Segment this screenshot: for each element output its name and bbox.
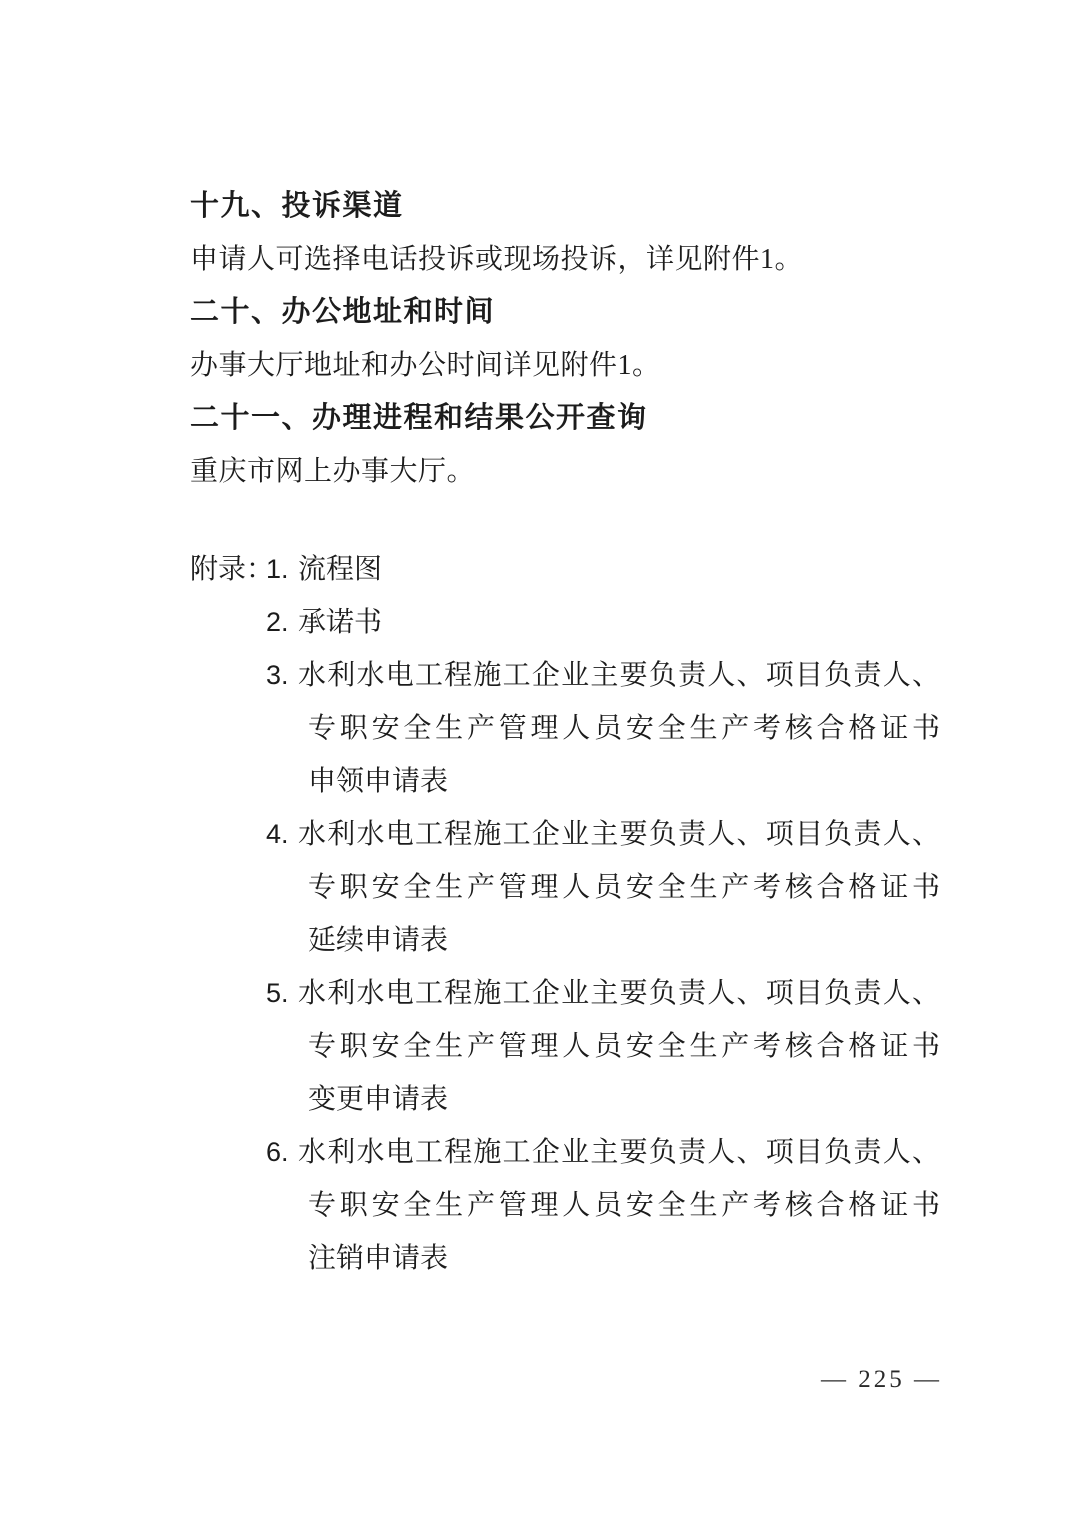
appendix-item-line: 专职安全生产管理人员安全生产考核合格证书 bbox=[308, 861, 940, 914]
appendix-item-number: 4. bbox=[266, 808, 289, 861]
appendix-item: 5. 水利水电工程施工企业主要负责人、项目负责人、 专职安全生产管理人员安全生产… bbox=[190, 967, 940, 1126]
body-paragraph: 重庆市网上办事大厅。 bbox=[190, 445, 940, 498]
appendix-item-line: 水利水电工程施工企业主要负责人、项目负责人、 bbox=[298, 1126, 940, 1179]
body-paragraph: 申请人可选择电话投诉或现场投诉，详见附件1。 bbox=[190, 233, 940, 286]
appendix-item-line: 变更申请表 bbox=[308, 1073, 940, 1126]
appendix-section: 附录： 1. 流程图 2. 承诺书 3. 水利水电工程施工企业主要负责人、项目负… bbox=[190, 543, 940, 1285]
appendix-item: 附录： 1. 流程图 bbox=[190, 543, 940, 596]
appendix-item-line: 流程图 bbox=[298, 543, 940, 596]
appendix-item-line: 水利水电工程施工企业主要负责人、项目负责人、 bbox=[298, 649, 940, 702]
appendix-item-number: 6. bbox=[266, 1126, 289, 1179]
appendix-item-line: 专职安全生产管理人员安全生产考核合格证书 bbox=[308, 702, 940, 755]
appendix-item: 2. 承诺书 bbox=[190, 596, 940, 649]
appendix-item-number: 1. bbox=[266, 543, 289, 596]
appendix-label: 附录： bbox=[190, 543, 274, 596]
appendix-item-line: 注销申请表 bbox=[308, 1232, 940, 1285]
document-page: 十九、投诉渠道 申请人可选择电话投诉或现场投诉，详见附件1。 二十、办公地址和时… bbox=[0, 0, 1075, 1519]
appendix-item-line: 水利水电工程施工企业主要负责人、项目负责人、 bbox=[298, 967, 940, 1020]
section-heading: 二十一、办理进程和结果公开查询 bbox=[190, 392, 940, 445]
body-paragraph: 办事大厅地址和办公时间详见附件1。 bbox=[190, 339, 940, 392]
appendix-item-line: 延续申请表 bbox=[308, 914, 940, 967]
appendix-item: 6. 水利水电工程施工企业主要负责人、项目负责人、 专职安全生产管理人员安全生产… bbox=[190, 1126, 940, 1285]
section-heading: 二十、办公地址和时间 bbox=[190, 286, 940, 339]
page-number: — 225 — bbox=[821, 1360, 942, 1400]
appendix-item-number: 2. bbox=[266, 596, 289, 649]
page-content: 十九、投诉渠道 申请人可选择电话投诉或现场投诉，详见附件1。 二十、办公地址和时… bbox=[190, 180, 940, 1285]
appendix-item-line: 水利水电工程施工企业主要负责人、项目负责人、 bbox=[298, 808, 940, 861]
appendix-item-number: 3. bbox=[266, 649, 289, 702]
section-heading: 十九、投诉渠道 bbox=[190, 180, 940, 233]
appendix-item: 3. 水利水电工程施工企业主要负责人、项目负责人、 专职安全生产管理人员安全生产… bbox=[190, 649, 940, 808]
appendix-item-line: 专职安全生产管理人员安全生产考核合格证书 bbox=[308, 1020, 940, 1073]
appendix-item-line: 申领申请表 bbox=[308, 755, 940, 808]
appendix-item-line: 专职安全生产管理人员安全生产考核合格证书 bbox=[308, 1179, 940, 1232]
appendix-item-line: 承诺书 bbox=[298, 596, 940, 649]
appendix-item-number: 5. bbox=[266, 967, 289, 1020]
appendix-item: 4. 水利水电工程施工企业主要负责人、项目负责人、 专职安全生产管理人员安全生产… bbox=[190, 808, 940, 967]
